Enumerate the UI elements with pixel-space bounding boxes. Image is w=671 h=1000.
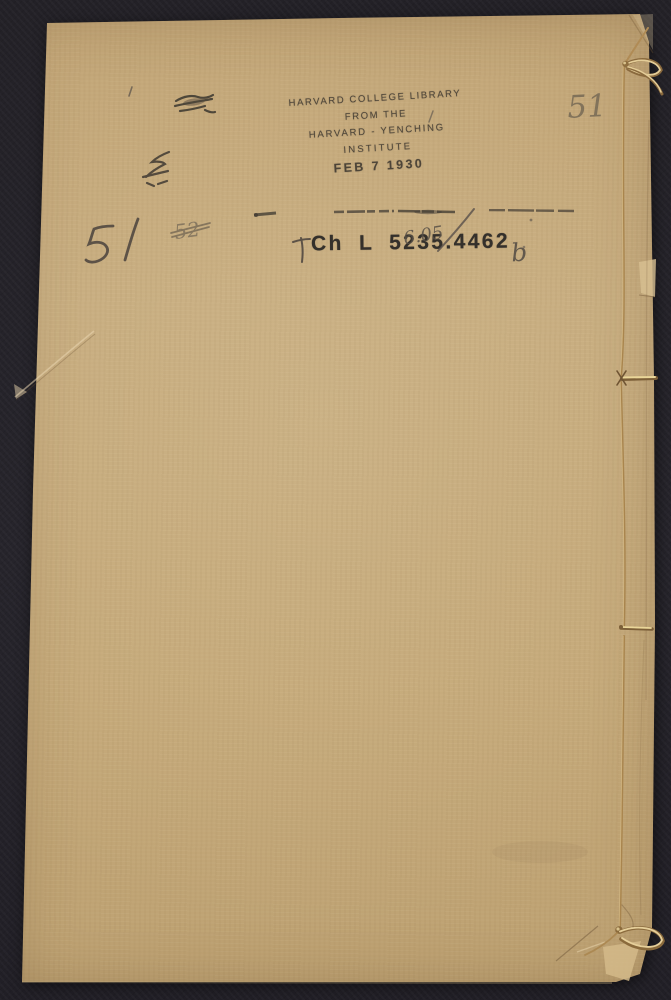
book-cover-paper: HARVARD COLLEGE LIBRARY FROM THE HARVARD… xyxy=(0,0,671,1000)
call-number-stamp: Ch L 5235.4462 xyxy=(311,230,510,257)
paper-wrap: HARVARD COLLEGE LIBRARY FROM THE HARVARD… xyxy=(0,0,671,1000)
scanned-book-cover: HARVARD COLLEGE LIBRARY FROM THE HARVARD… xyxy=(0,0,671,1000)
library-accession-stamp: HARVARD COLLEGE LIBRARY FROM THE HARVARD… xyxy=(284,86,471,181)
